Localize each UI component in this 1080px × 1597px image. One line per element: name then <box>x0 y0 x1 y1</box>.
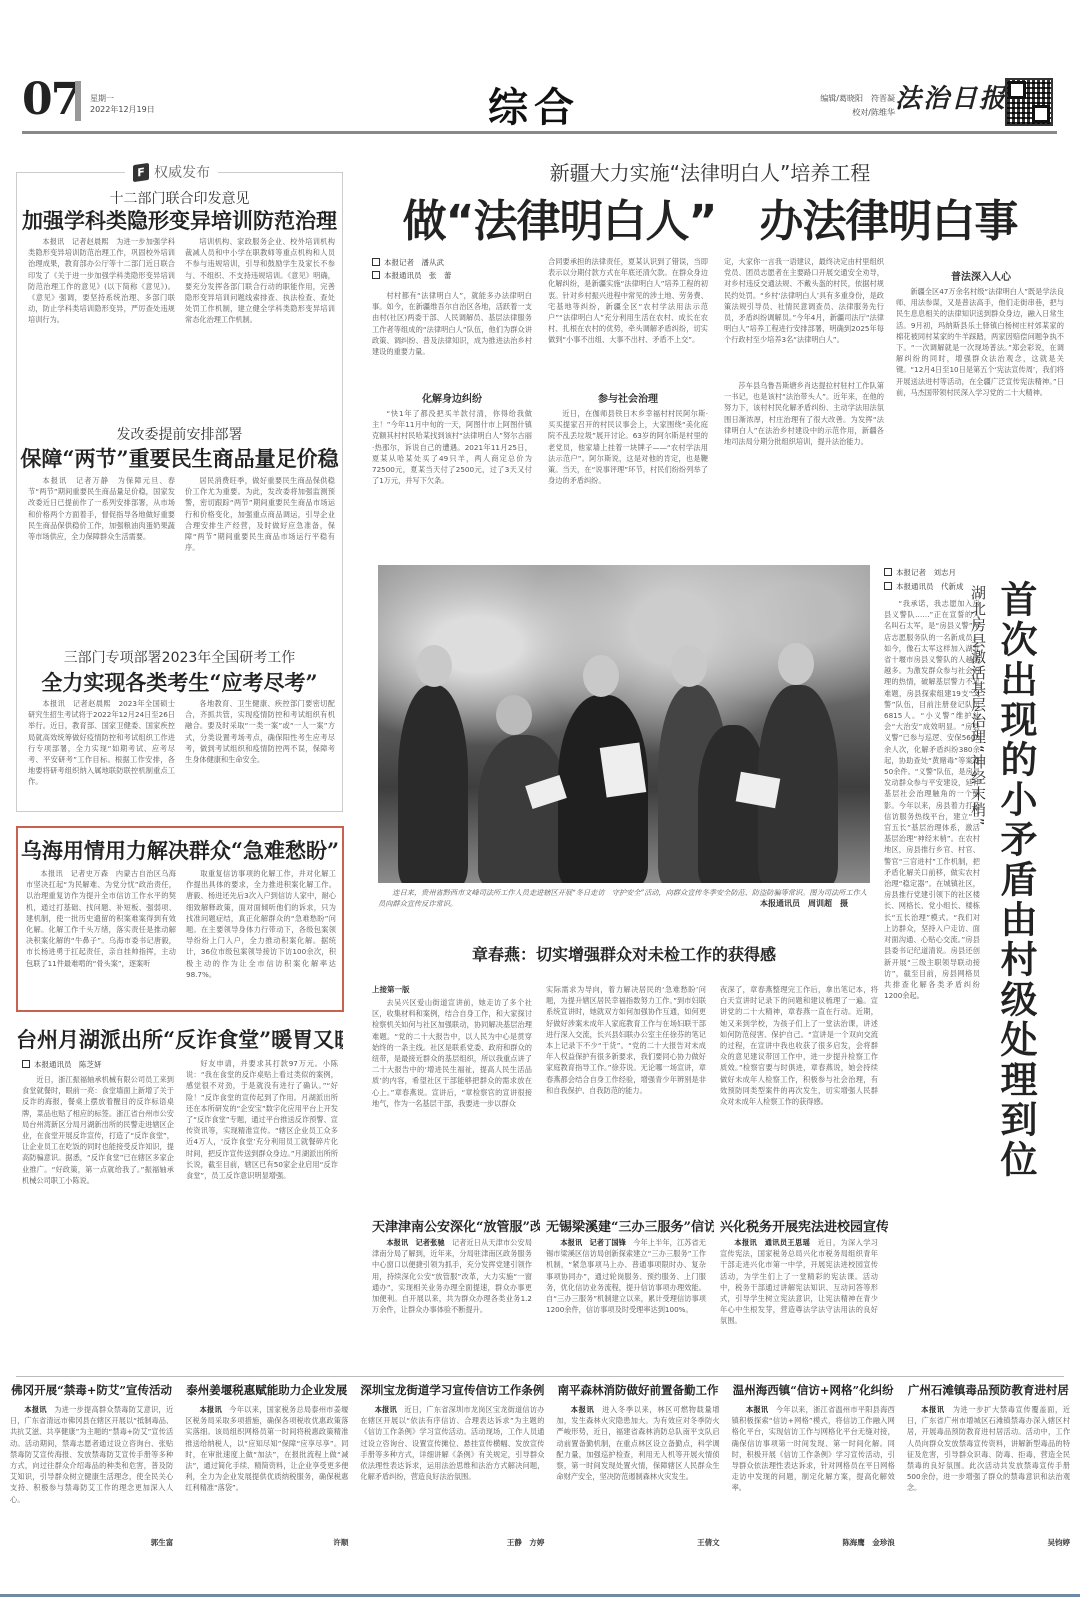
brief-headline[interactable]: 南平森林消防做好前置备勤工作 <box>556 1382 719 1398</box>
brief-body: 本报讯 近日，广东省深圳市龙岗区宝龙街道信访办在辖区开展以“依法有序信访、合理表… <box>360 1404 544 1536</box>
article-body-col3: 夜深了，章春燕整理完工作后，拿出笔记本，将白天宣讲时记录下的问题和建议梳理了一遍… <box>720 984 878 1189</box>
page-number: 07 <box>22 78 79 122</box>
photo-credit: 本报通讯员 周训超 摄 <box>760 898 848 909</box>
brief-headline[interactable]: 深圳宝龙街道学习宣传信访工作条例 <box>360 1382 544 1398</box>
feature-body-col1a: 村村都有“法律明白人”，就能多办法律明白事。如今，在新疆维吾尔自治区各地，活跃着… <box>372 290 532 368</box>
page-number-divider <box>75 81 81 121</box>
article-kicker: 三部门专项部署2023年全国研考工作 <box>16 647 343 667</box>
continued-from-label[interactable]: 上接第一版 <box>372 984 410 995</box>
brief-author: 许顺 <box>185 1536 348 1549</box>
masthead-rule <box>22 131 1057 134</box>
article-byline: 本报通讯员 陈芝妍 <box>22 1058 102 1071</box>
hubei-article-body: “我承诺，我志愿加入房县义警队……”正在宣誓的人名叫石太军，是“房县义警”军店志… <box>884 598 980 1374</box>
brief-lead: 本报讯 通讯员王思瑶 <box>734 1238 810 1247</box>
proofreader: 校对/陈维华 <box>790 106 895 120</box>
article-kicker: 发改委提前安排部署 <box>16 424 343 444</box>
bottom-brief: 温州海西镇“信访+网格”化纠纷 本报讯 今年以来，浙江省温州市平阳县海西镇积极探… <box>732 1382 895 1572</box>
bottom-brief: 南平森林消防做好前置备勤工作 本报讯 进入冬季以来，林区可燃物载量增加，发生森林… <box>556 1382 719 1572</box>
section-divider <box>16 1376 1064 1377</box>
brief-headline[interactable]: 兴化税务开展宪法进校园宣传 <box>720 1216 888 1235</box>
byline-box-icon <box>22 1060 30 1068</box>
bottom-brief: 泰州姜堰税惠赋能助力企业发展 本报讯 今年以来，国家税务总局泰州市姜堰区税务局采… <box>185 1382 348 1572</box>
issue-date: 2022年12月19日 <box>90 104 155 115</box>
highlighted-article-body-col1: 本报讯 记者史万森 内蒙古自治区乌海市坚决扛起“为民解难、为党分忧”政治责任，以… <box>26 868 176 1006</box>
editors: 编辑/葛晓阳 符晋凝 <box>790 92 895 106</box>
qr-code-icon[interactable] <box>1005 78 1053 126</box>
article-body-col2: 培训机构、家政服务企业、校外培训机构裁减人员和中小学在职教师等重点机构和人员不参… <box>185 236 335 396</box>
feature-body-col2b: 近日，在伽师县铁日木乡幸福村村民阿尔斯·买买提家召开的村民议事会上，大家围绕“美… <box>548 408 708 558</box>
brief-body: 本报讯 记者张驰 记者近日从天津市公安局津南分局了解到，近年来，分局驻津南区政务… <box>372 1237 532 1371</box>
byline-box-icon <box>372 271 380 279</box>
article-body-col1: 本报讯 记者赵晨熙 为进一步加强学科类隐形变异培训防范治理工作，巩固校外培训治理… <box>28 236 175 396</box>
byline-box-icon <box>884 582 892 590</box>
article-body-col1: 本报讯 记者万静 为保障元旦、春节“两节”期间重要民生商品量足价稳，国家发改委近… <box>28 475 175 635</box>
brief-headline[interactable]: 温州海西镇“信访+网格”化纠纷 <box>732 1382 895 1398</box>
feature-byline-correspondent: 本报通讯员 张 蕾 <box>372 269 452 282</box>
brief-author: 王倩文 <box>556 1536 719 1549</box>
feature-subhead: 化解身边纠纷 <box>372 390 532 405</box>
article-body-col1: 本报讯 记者赵晨熙 2023年全国硕士研究生招生考试将于2022年12月24日至… <box>28 698 175 808</box>
brief-headline[interactable]: 佛冈开展“禁毒+防艾”宣传活动 <box>10 1382 173 1398</box>
feature-kicker: 新疆大力实施“法律明白人”培养工程 <box>360 157 1060 186</box>
f-logo-icon: F <box>133 162 149 181</box>
bottom-brief: 广州石滩镇毒品预防教育进村居 本报讯 为进一步扩大禁毒宣传覆盖面，近日，广东省广… <box>907 1382 1070 1572</box>
brief-headline[interactable]: 无锡梁溪建“三办三服务”信访机制 <box>546 1216 714 1235</box>
article-body-col2: 居民消费旺季，做好重要民生商品保供稳价工作尤为重要。为此，发改委将加强监测预警，… <box>185 475 335 635</box>
bottom-briefs-row: 佛冈开展“禁毒+防艾”宣传活动 本报讯 为进一步提高群众禁毒防艾意识，近日，广东… <box>10 1382 1070 1572</box>
brief-lead: 本报讯 记者张驰 <box>386 1238 444 1247</box>
brief-author: 郭生富 <box>10 1536 173 1549</box>
hubei-article-subhead: 湖北房县激活基层治理“神经末梢” <box>968 585 989 827</box>
article-headline[interactable]: 保障“两节”重要民生商品量足价稳 <box>16 443 343 473</box>
brief-lead: 本报讯 记者丁国锋 <box>560 1238 626 1247</box>
brief-body: 本报讯 今年以来，浙江省温州市平阳县海西镇积极探索“信访+网格”模式，将信访工作… <box>732 1404 895 1536</box>
brief-headline[interactable]: 广州石滩镇毒品预防教育进村居 <box>907 1382 1070 1398</box>
article-body-col2: 好友申请，并要求其打款97万元。小陈说：“我在食堂的反诈桌贴上看过类似的案例，感… <box>186 1058 338 1374</box>
editor-credits: 编辑/葛晓阳 符晋凝 校对/陈维华 <box>790 92 895 120</box>
article-body-col1: 去吴兴区爱山街道宣讲前，她走访了多个社区，收集材料和案例，结合自身工作，和大家探… <box>372 997 532 1189</box>
article-headline[interactable]: 台州月湖派出所“反诈食堂”暖胃又暖心 <box>16 1024 343 1054</box>
feature-body-col3b: 莎车县乌鲁吾斯塘乡肖达提拉村驻村工作队第一书记，也是该村“法治带头人”。近年来，… <box>724 380 884 558</box>
brief-body: 本报讯 为进一步扩大禁毒宣传覆盖面，近日，广东省广州市增城区石滩镇禁毒办深入辖区… <box>907 1404 1070 1536</box>
brief-body: 本报讯 记者丁国锋 今年上半年，江苏省无锡市梁溪区信访局创新探索建立“三办三服务… <box>546 1237 706 1371</box>
brief-body: 本报讯 进入冬季以来，林区可燃物载量增加，发生森林火灾隐患加大。为有效应对冬季防… <box>556 1404 719 1536</box>
section-badge: F 权威发布 <box>125 162 218 182</box>
article-headline[interactable]: 全力实现各类考生“应考尽考” <box>16 667 343 697</box>
brief-author: 陈海鹰 金珍浪 <box>732 1536 895 1549</box>
feature-body-col1b: “快1年了都没把买羊款付清，你得给我做主！”今年11月中旬的一天，阿图什市上阿图… <box>372 408 532 558</box>
feature-subhead: 参与社会治理 <box>548 390 708 405</box>
brief-body: 本报讯 为进一步提高群众禁毒防艾意识，近日，广东省清远市佛冈县在辖区开展以“抵制… <box>10 1404 173 1536</box>
brief-headline[interactable]: 泰州姜堰税惠赋能助力企业发展 <box>185 1382 348 1398</box>
brief-author: 王静 方婷 <box>360 1536 544 1549</box>
article-body-col1: 近日，浙江振福轴承机械有限公司员工来到食堂就餐时，眼前一亮：食堂墙面上新增了关于… <box>22 1074 174 1374</box>
article-body-col2: 实际需求为导向，着力解决居民的‘急难愁盼’问题，为提升辖区居民幸福指数努力工作。… <box>546 984 706 1189</box>
hubei-byline-reporter: 本报记者 刘志月 <box>884 566 956 579</box>
feature-headline[interactable]: 做“法律明白人” 办法律明白事 <box>360 185 1060 249</box>
bottom-brief: 深圳宝龙街道学习宣传信访工作条例 本报讯 近日，广东省深圳市龙岗区宝龙街道信访办… <box>360 1382 544 1572</box>
brief-body: 本报讯 今年以来，国家税务总局泰州市姜堰区税务局采取多项措施，确保各项税收优惠政… <box>185 1404 348 1536</box>
feature-body-col2a: 合同要承担的法律责任，夏某认识到了错误，当即表示以分期付款方式在年底还清欠款。在… <box>548 256 708 368</box>
article-headline[interactable]: 章春燕：切实增强群众对未检工作的获得感 <box>378 942 870 965</box>
highlighted-article-body-col2: 取重复信访事项的化解工作，并对化解工作提出具体的要求，全力推进积案化解工作。唐毅… <box>186 868 336 1006</box>
feature-body-col4: 新疆全区47万余名村级“法律明白人”既是学法良师、用法参谋，又是普法高手，他们走… <box>896 286 1064 558</box>
brief-body: 本报讯 通讯员王思瑶 近日，为深入学习宣传宪法，国家税务总局兴化市税务局组织青年… <box>720 1237 878 1371</box>
feature-subhead: 普法深入人心 <box>896 268 1066 283</box>
feature-byline-reporter: 本报记者 潘从武 <box>372 256 444 269</box>
hubei-byline-correspondent: 本报通讯员 代新成 <box>884 580 964 593</box>
feature-body-col3a: 定，大家你一言我一语建议，最终决定由村里组织党员、团员志愿者在主要路口开展交通安… <box>724 256 884 368</box>
byline-box-icon <box>372 258 380 266</box>
badge-label: 权威发布 <box>154 162 210 182</box>
newspaper-logo: 法治日报 <box>895 78 1007 115</box>
article-body-col2: 各地教育、卫生健康、疾控部门要密切配合，齐抓共管，实现疫情防控和考试组织有机融合… <box>185 698 335 808</box>
section-title: 综合 <box>488 76 580 133</box>
article-headline[interactable]: 加强学科类隐形变异培训防范治理 <box>16 205 343 235</box>
hubei-article-headline[interactable]: 首次出现的小矛盾由村级处理到位 <box>995 580 1037 1180</box>
weekday: 星期一 <box>90 93 114 104</box>
byline-box-icon <box>884 568 892 576</box>
brief-author: 吴钧婷 <box>907 1536 1070 1549</box>
brief-headline[interactable]: 天津津南公安深化“放管服”改革 <box>372 1216 540 1235</box>
highlighted-article-headline[interactable]: 乌海用情用力解决群众“急难愁盼” <box>18 835 342 865</box>
news-photo[interactable] <box>378 565 870 883</box>
bottom-brief: 佛冈开展“禁毒+防艾”宣传活动 本报讯 为进一步提高群众禁毒防艾意识，近日，广东… <box>10 1382 173 1572</box>
